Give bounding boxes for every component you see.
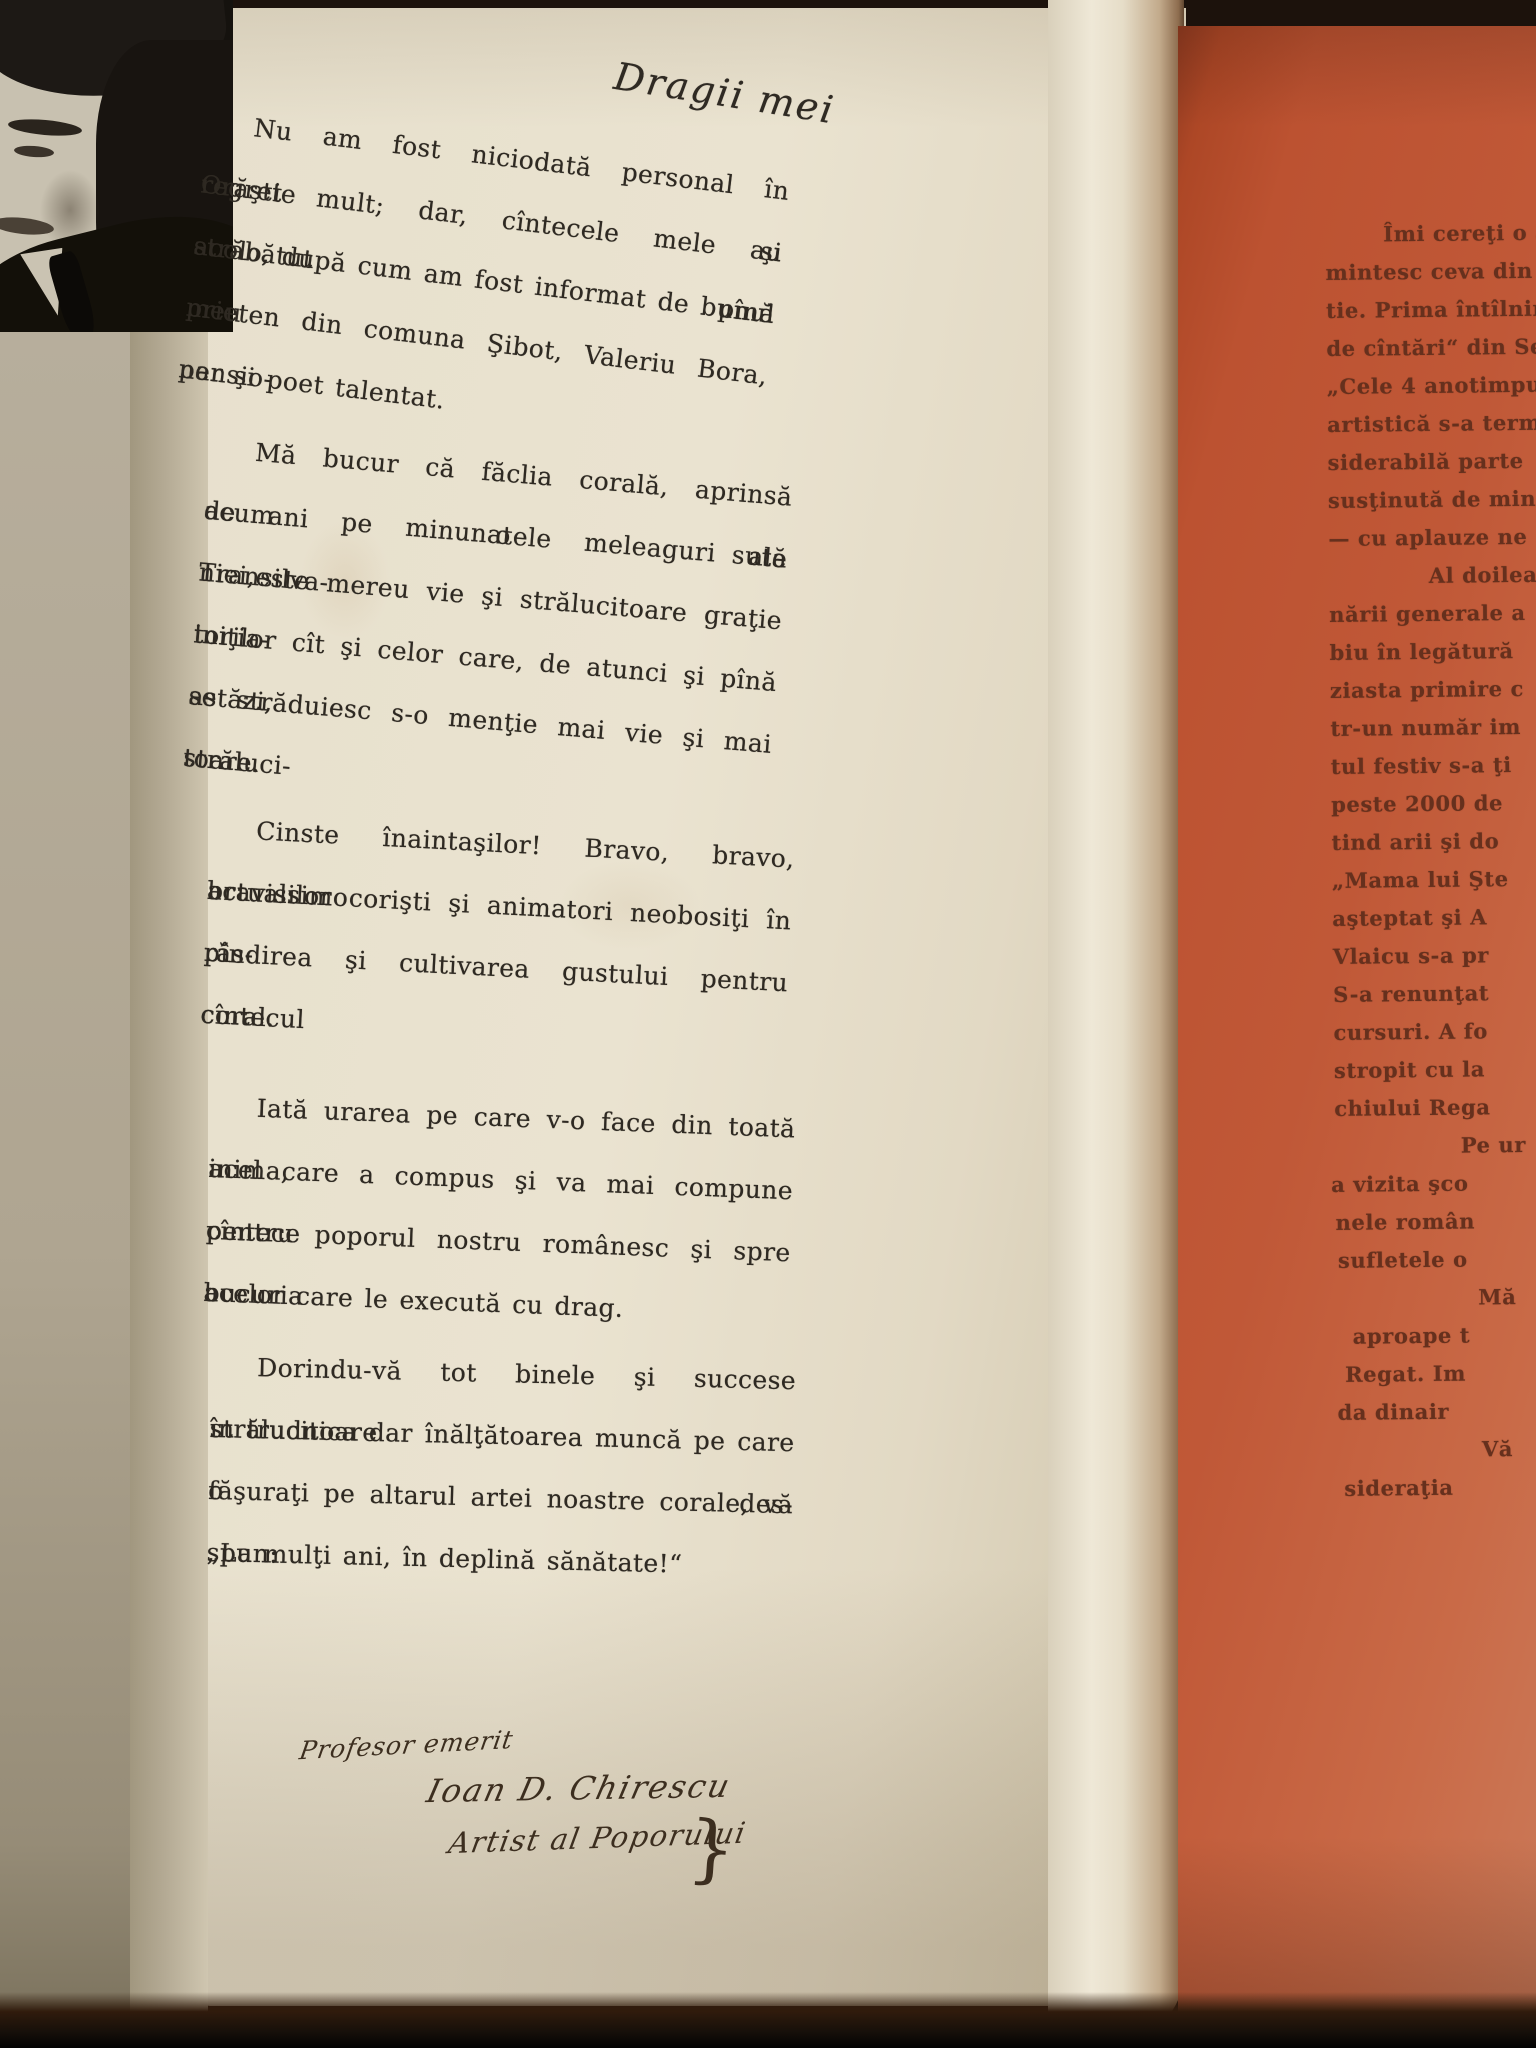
text-fragment: tul festiv s-a ţi [1331,745,1536,786]
text-fragment: chiului Rega [1334,1087,1536,1128]
text-fragment: — cu aplauze ne [1328,517,1536,558]
text-fragment: siderabilă parte [1327,441,1536,482]
paragraph: Nu am fost niciodată personal în Orăştie… [175,92,793,469]
previous-page-edge [0,322,130,2012]
text-fragment: Îmi cereţi o a [1383,213,1536,253]
text-fragment: nării generale a [1329,593,1536,634]
text-fragment: tr-un număr im [1330,707,1536,748]
text-fragment: mintesc ceva din le [1325,251,1536,292]
text-fragment: a vizita şco [1331,1163,1536,1204]
text-fragment: nele român [1335,1201,1536,1242]
text-fragment: Pe ur [1461,1125,1536,1164]
text-fragment: sufletele o [1338,1239,1536,1279]
text-fragment: biu în legătură [1329,631,1536,672]
text-fragment: Mă [1478,1277,1536,1316]
text-fragment: „Cele 4 anotimpuri [1327,365,1536,406]
text-fragment: susţinută de mine [1328,479,1536,520]
text-fragment: tie. Prima întîlnire [1326,289,1536,330]
signature-name: Ioan D. Chirescu [423,1767,735,1810]
paragraph: Dorindu-vă tot binele şi succese străluc… [206,1336,797,1598]
page-stack-edge [130,322,208,2012]
paragraph: Iată urarea pe care v-o face din toată i… [202,1076,796,1346]
text-fragment: Vlaicu s-a pr [1333,935,1536,976]
text-fragment: Regat. Im [1345,1353,1536,1393]
text-fragment: „Mama lui Şte [1332,859,1536,900]
paragraph: Cinste înaintaşilor! Bravo, bravo, bravi… [199,798,796,1076]
text-fragment: Al doilea [1429,555,1536,594]
text-fragment: aproape t [1353,1315,1536,1355]
text-fragment: S-a renunţat [1333,973,1536,1014]
text-fragment: tind arii şi do [1331,821,1536,862]
text-fragment: da dinair [1337,1391,1536,1432]
text-fragment: artistică s-a termin [1327,403,1536,444]
text-fragment: cursuri. A fo [1333,1011,1536,1052]
text-fragment: sideraţia [1344,1467,1536,1507]
text-fragment: Vă [1482,1429,1536,1468]
paragraph: Mă bucur că făclia corală, aprinsă acum … [181,418,795,838]
text-fragment: aşteptat şi A [1332,897,1536,938]
text-fragment: peste 2000 de [1331,783,1536,824]
signature-flourish: } [685,1804,738,1893]
page-gutter-edge [1048,0,1184,2042]
right-page-text: Îmi cereţi o amintesc ceva din letie. Pr… [1325,213,1536,1507]
text-fragment: de cîntări“ din Seb [1326,327,1536,368]
book-photograph: { "left_page": { "title": "Dragii mei", … [0,0,1536,2048]
wood-table [0,1992,1536,2048]
left-page-text: Nu am fost niciodată personal în Orăştie… [212,0,797,1700]
text-fragment: ziasta primire c [1330,669,1536,710]
text-fragment: stropit cu la [1334,1049,1536,1090]
